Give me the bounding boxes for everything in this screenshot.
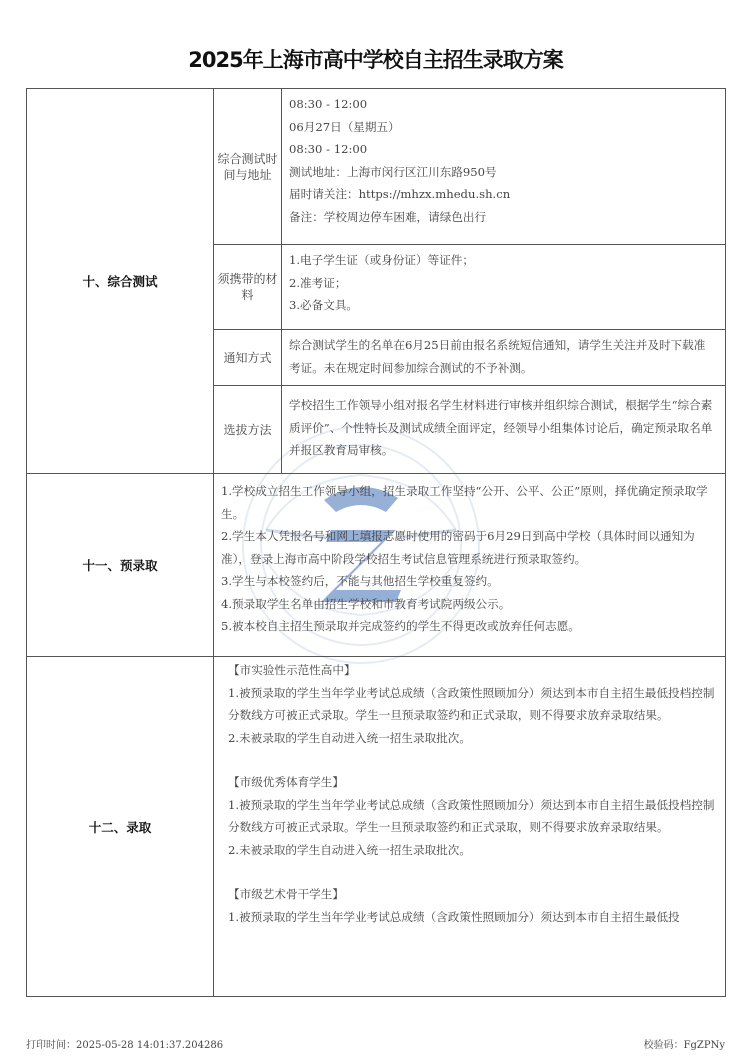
section-11-content: 1.学校成立招生工作领导小组，招生录取工作坚持“公开、公平、公正”原则，择优确定… bbox=[214, 474, 726, 657]
admission-rule: 1.被预录取的学生当年学业考试总成绩（含政策性照顾加分）须达到本市自主招生最低投 bbox=[228, 906, 715, 929]
row-label-notice: 通知方式 bbox=[214, 330, 282, 386]
admission-rule: 1.被预录取的学生当年学业考试总成绩（含政策性照顾加分）须达到本市自主招生最低投… bbox=[228, 682, 715, 727]
admission-rule: 2.未被录取的学生自动进入统一招生录取批次。 bbox=[228, 727, 715, 750]
spacer bbox=[228, 861, 715, 883]
row-content-materials: 1.电子学生证（或身份证）等证件； 2.准考证； 3.必备文具。 bbox=[282, 245, 726, 330]
section-12-label: 十二、录取 bbox=[27, 657, 214, 997]
checksum-code: 校验码：FgZPNy bbox=[644, 1036, 725, 1051]
pre-admission-item: 4.预录取学生名单由招生学校和市教育考试院两级公示。 bbox=[221, 593, 715, 616]
row-content-notice: 综合测试学生的名单在6月25日前由报名系统短信通知，请学生关注并及时下载准考证。… bbox=[282, 330, 726, 386]
row-label-selection: 选拔方法 bbox=[214, 386, 282, 474]
admission-rule: 2.未被录取的学生自动进入统一招生录取批次。 bbox=[228, 839, 715, 862]
row-content-selection: 学校招生工作领导小组对报名学生材料进行审核并组织综合测试，根据学生“综合素质评价… bbox=[282, 386, 726, 474]
section-11-label: 十一、预录取 bbox=[27, 474, 214, 657]
time-slot-1: 08:30 - 12:00 bbox=[289, 93, 715, 116]
material-item: 2.准考证； bbox=[289, 272, 715, 295]
row-label-materials: 须携带的材料 bbox=[214, 245, 282, 330]
pre-admission-item: 2.学生本人凭报名号和网上填报志愿时使用的密码于6月29日到高中学校（具体时间以… bbox=[221, 525, 715, 570]
admission-rule: 1.被预录取的学生当年学业考试总成绩（含政策性照顾加分）须达到本市自主招生最低投… bbox=[228, 794, 715, 839]
material-item: 3.必备文具。 bbox=[289, 294, 715, 317]
pre-admission-item: 3.学生与本校签约后，不能与其他招生学校重复签约。 bbox=[221, 570, 715, 593]
test-address: 测试地址：上海市闵行区江川东路950号 bbox=[289, 161, 715, 184]
material-item: 1.电子学生证（或身份证）等证件； bbox=[289, 249, 715, 272]
spacer bbox=[228, 749, 715, 771]
print-time: 打印时间：2025-05-28 14:01:37.204286 bbox=[26, 1036, 223, 1051]
row-label-time-place: 综合测试时间与地址 bbox=[214, 89, 282, 245]
document-title: 2025年上海市高中学校自主招生录取方案 bbox=[0, 44, 751, 74]
school-website-link: 届时请关注：https://mhzx.mhedu.sh.cn bbox=[289, 183, 715, 206]
pre-admission-item: 1.学校成立招生工作领导小组，招生录取工作坚持“公开、公平、公正”原则，择优确定… bbox=[221, 480, 715, 525]
section-10-label: 十、综合测试 bbox=[27, 89, 214, 474]
category-heading: 【市级优秀体育学生】 bbox=[228, 771, 715, 794]
test-date: 06月27日（星期五） bbox=[289, 116, 715, 139]
row-content-time-place: 08:30 - 12:00 06月27日（星期五） 08:30 - 12:00 … bbox=[282, 89, 726, 245]
category-heading: 【市实验性示范性高中】 bbox=[228, 659, 715, 682]
time-slot-2: 08:30 - 12:00 bbox=[289, 138, 715, 161]
admission-plan-table: 十、综合测试 综合测试时间与地址 08:30 - 12:00 06月27日（星期… bbox=[26, 88, 726, 997]
category-heading: 【市级艺术骨干学生】 bbox=[228, 883, 715, 906]
parking-note: 备注：学校周边停车困难，请绿色出行 bbox=[289, 206, 715, 229]
pre-admission-item: 5.被本校自主招生预录取并完成签约的学生不得更改或放弃任何志愿。 bbox=[221, 615, 715, 638]
section-12-content: 【市实验性示范性高中】 1.被预录取的学生当年学业考试总成绩（含政策性照顾加分）… bbox=[214, 657, 726, 997]
